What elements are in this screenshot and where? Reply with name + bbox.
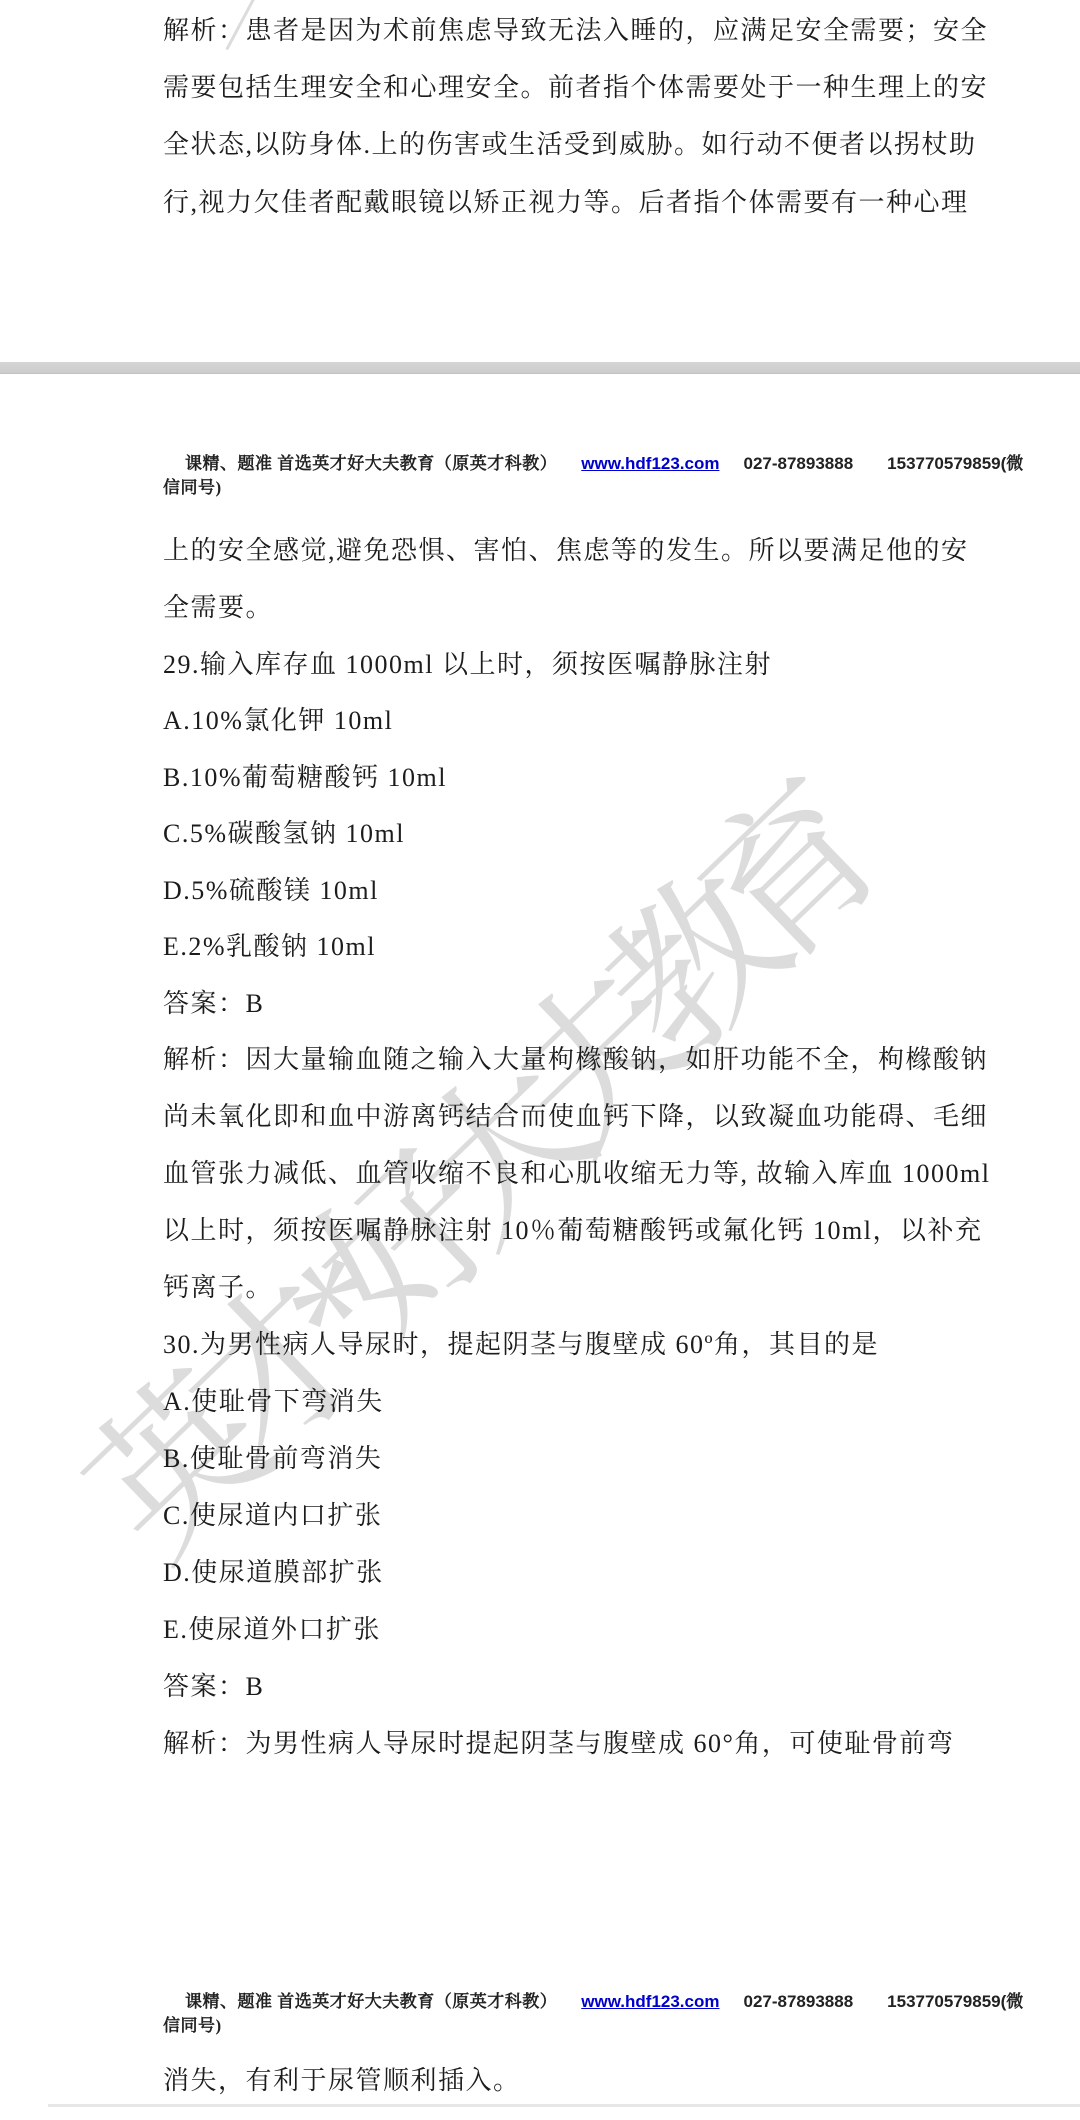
header-wechat: 153770579859(微 [887, 454, 1023, 473]
explanation-29-line-3: 血管张力减低、血管收缩不良和心肌收缩无力等, 故输入库血 1000ml [163, 1157, 990, 1191]
explanation-29-line-5: 钙离子。 [163, 1271, 273, 1305]
option-30-b: B.使耻骨前弯消失 [163, 1442, 382, 1476]
header-phone: 027-87893888 [743, 454, 853, 473]
prev-explanation-line-2: 需要包括生理安全和心理安全。前者指个体需要处于一种生理上的安 [163, 71, 988, 105]
header-brand-text: 课精、题准 首选英才好大夫教育（原英才科教） [185, 454, 557, 473]
prev-explanation-line-4: 行,视力欠佳者配戴眼镜以矫正视力等。后者指个体需要有一种心理 [163, 186, 969, 220]
page-header: 课精、题准 首选英才好大夫教育（原英才科教）www.hdf123.com027-… [185, 452, 1023, 476]
prev-explanation-line-1: 解析：患者是因为术前焦虑导致无法入睡的，应满足安全需要；安全 [163, 14, 988, 48]
footer-phone: 027-87893888 [743, 1992, 853, 2011]
option-29-b: B.10%葡萄糖酸钙 10ml [163, 761, 447, 795]
option-29-a: A.10%氯化钾 10ml [163, 704, 393, 738]
option-30-e: E.使尿道外口扩张 [163, 1613, 381, 1647]
footer-wechat: 153770579859(微 [887, 1992, 1023, 2011]
option-30-a: A.使耻骨下弯消失 [163, 1385, 384, 1419]
option-30-c: C.使尿道内口扩张 [163, 1499, 382, 1533]
explanation-29-line-2: 尚未氧化即和血中游离钙结合而使血钙下降，以致凝血功能碍、毛细 [163, 1100, 988, 1134]
explanation-28-line-2: 全需要。 [163, 591, 273, 625]
page-footer-wrap: 信同号) [163, 2014, 222, 2038]
answer-29: 答案：B [163, 987, 264, 1021]
question-29: 29.输入库存血 1000ml 以上时，须按医嘱静脉注射 [163, 648, 772, 682]
prev-explanation-line-3: 全状态,以防身体.上的伤害或生活受到威胁。如行动不便者以拐杖助 [163, 128, 977, 162]
document-page: 解析：患者是因为术前焦虑导致无法入睡的，应满足安全需要；安全 需要包括生理安全和… [0, 0, 1080, 2120]
explanation-29-line-1: 解析：因大量输血随之输入大量枸橼酸钠，如肝功能不全，枸橼酸钠 [163, 1043, 988, 1077]
explanation-30-line-2: 消失，有利于尿管顺利插入。 [163, 2064, 521, 2098]
option-30-d: D.使尿道膜部扩张 [163, 1556, 384, 1590]
explanation-29-line-4: 以上时，须按医嘱静脉注射 10％葡萄糖酸钙或氟化钙 10ml，以补充 [163, 1214, 982, 1248]
answer-30: 答案：B [163, 1670, 264, 1704]
header-website-link[interactable]: www.hdf123.com [581, 454, 719, 473]
option-29-c: C.5%碳酸氢钠 10ml [163, 817, 405, 851]
explanation-28-line-1: 上的安全感觉,避免恐惧、害怕、焦虑等的发生。所以要满足他的安 [163, 534, 969, 568]
option-29-d: D.5%硫酸镁 10ml [163, 874, 379, 908]
page-break-divider [0, 362, 1080, 374]
page-footer: 课精、题准 首选英才好大夫教育（原英才科教）www.hdf123.com027-… [185, 1990, 1023, 2014]
footer-brand-text: 课精、题准 首选英才好大夫教育（原英才科教） [185, 1992, 557, 2011]
option-29-e: E.2%乳酸钠 10ml [163, 930, 376, 964]
bottom-divider [48, 2104, 1080, 2107]
explanation-30-line-1: 解析：为男性病人导尿时提起阴茎与腹壁成 60°角，可使耻骨前弯 [163, 1727, 954, 1761]
footer-website-link[interactable]: www.hdf123.com [581, 1992, 719, 2011]
question-30: 30.为男性病人导尿时，提起阴茎与腹壁成 60º角，其目的是 [163, 1328, 879, 1362]
page-header-wrap: 信同号) [163, 476, 222, 500]
